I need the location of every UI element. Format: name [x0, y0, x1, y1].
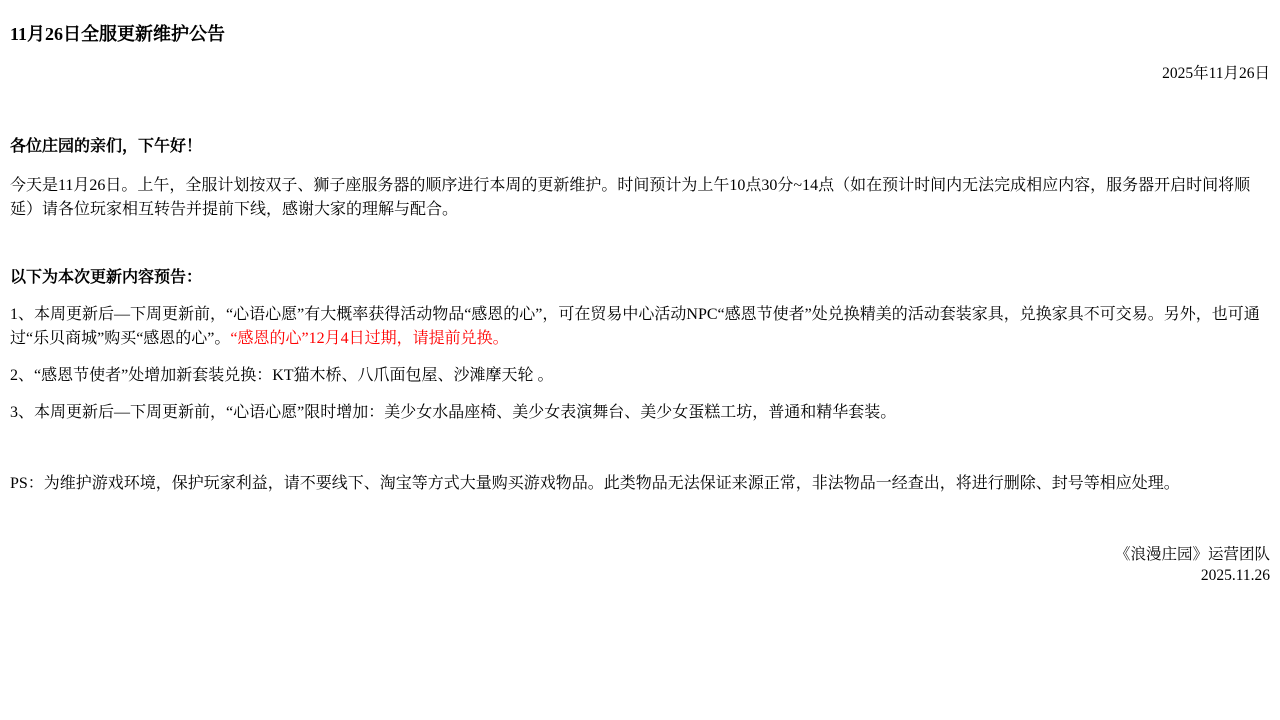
signature-team: 《浪漫庄园》运营团队 [10, 544, 1270, 565]
signature-block: 《浪漫庄园》运营团队 2025.11.26 [10, 544, 1270, 586]
update-item-3-text: 3、本周更新后—下周更新前，“心语心愿”限时增加：美少女水晶座椅、美少女表演舞台… [10, 404, 896, 421]
update-item-1: 1、本周更新后—下周更新前，“心语心愿”有大概率获得活动物品“感恩的心”，可在贸… [10, 303, 1270, 351]
ps-note: PS：为维护游戏环境，保护玩家利益，请不要线下、淘宝等方式大量购买游戏物品。此类… [10, 472, 1270, 496]
update-item-2-text: 2、“感恩节使者”处增加新套装兑换：KT猫木桥、八爪面包屋、沙滩摩天轮 。 [10, 367, 554, 384]
announcement-date: 2025年11月26日 [10, 62, 1270, 86]
update-item-1-text: 1、本周更新后—下周更新前，“心语心愿”有大概率获得活动物品“感恩的心”，可在贸… [10, 306, 1260, 347]
page-title: 11月26日全服更新维护公告 [10, 23, 1270, 45]
update-item-3: 3、本周更新后—下周更新前，“心语心愿”限时增加：美少女水晶座椅、美少女表演舞台… [10, 401, 1270, 425]
greeting-text: 各位庄园的亲们，下午好！ [10, 135, 1270, 159]
update-item-2: 2、“感恩节使者”处增加新套装兑换：KT猫木桥、八爪面包屋、沙滩摩天轮 。 [10, 364, 1270, 388]
deadline-warning-text: “感恩的心”12月4日过期，请提前兑换。 [230, 330, 508, 347]
signature-date: 2025.11.26 [10, 565, 1270, 586]
section-heading: 以下为本次更新内容预告： [10, 266, 1270, 290]
intro-paragraph: 今天是11月26日。上午，全服计划按双子、狮子座服务器的顺序进行本周的更新维护。… [10, 174, 1270, 222]
announcement-document: 11月26日全服更新维护公告 2025年11月26日 各位庄园的亲们，下午好！ … [0, 0, 1280, 720]
